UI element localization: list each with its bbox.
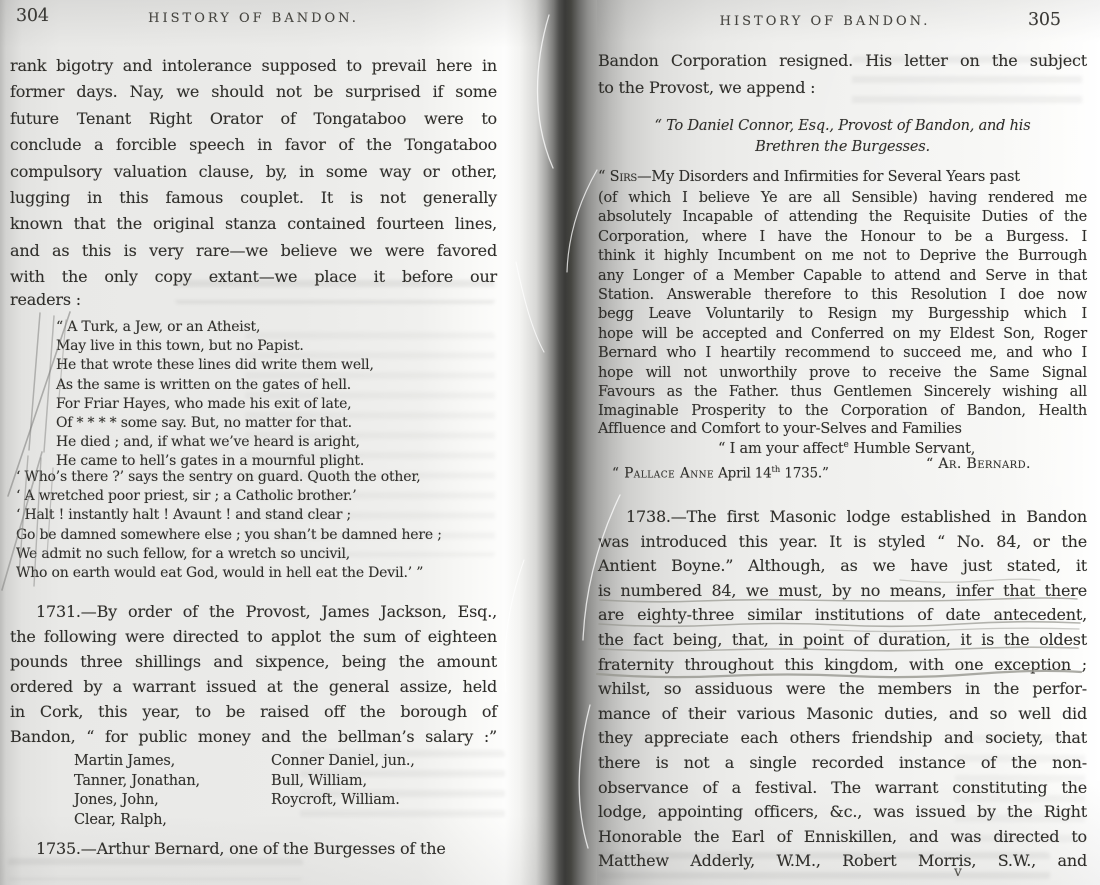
running-title-right: HISTORY OF BANDON. — [590, 14, 1060, 29]
salutation-rest: —My Disorders and Infirmities for Severa… — [637, 169, 1020, 185]
couplet-poem-lower: ‘ Who’s there ?’ says the sentry on guar… — [16, 468, 442, 583]
paragraph-1735-first-line: 1735.—Arthur Bernard, one of the Burgess… — [10, 839, 497, 858]
assessor-names-column-1: Martin James, Tanner, Jonathan, Jones, J… — [74, 752, 200, 830]
letter-body-last-line: Affluence and Comfort to your-Selves and… — [598, 421, 962, 437]
closing-text-end: Humble Servant, — [849, 441, 975, 457]
page-number-305: 305 — [1028, 10, 1061, 30]
letter-dateline: “ Pallace Anne April 14th 1735.” — [612, 464, 829, 482]
book-page-scan: 304 HISTORY OF BANDON. rank bigotry and … — [0, 0, 1100, 885]
assessor-names-column-2: Conner Daniel, jun., Bull, William, Royc… — [271, 752, 415, 811]
letter-signature: “ Ar. Bernard. — [926, 456, 1031, 472]
letter-salutation-line: “ Sirs—My Disorders and Infirmities for … — [598, 169, 1020, 185]
paragraph-1738: 1738.—The first Masonic lodge establishe… — [598, 505, 1087, 874]
dateline-place: “ Pallace Anne — [612, 466, 714, 482]
salutation-sirs: “ Sirs — [598, 169, 637, 185]
resignation-intro-last-line: to the Provost, we append : — [598, 78, 815, 97]
dateline-date: April 14 — [714, 466, 771, 482]
dateline-year: 1735.” — [780, 466, 828, 482]
intro-paragraph: rank bigotry and intolerance supposed to… — [10, 53, 497, 291]
signature-mark-catchword: v — [954, 864, 962, 880]
dateline-superscript: th — [772, 464, 781, 474]
letter-closing-line: “ I am your affecte Humble Servant, — [718, 440, 975, 457]
closing-text: “ I am your affect — [718, 441, 843, 457]
intro-paragraph-last-line: readers : — [10, 290, 81, 309]
running-title-left: HISTORY OF BANDON. — [10, 11, 497, 26]
paragraph-1731: 1731.—By order of the Provost, James Jac… — [10, 599, 497, 749]
book-binding-gutter — [553, 0, 597, 885]
letter-heading: “ To Daniel Connor, Esq., Provost of Ban… — [598, 116, 1087, 158]
couplet-poem-upper: “ A Turk, a Jew, or an Atheist, May live… — [56, 318, 374, 472]
letter-body: (of which I believe Ye are all Sensible)… — [598, 189, 1087, 422]
resignation-intro-line: Bandon Corporation resigned. His letter … — [598, 51, 1087, 70]
